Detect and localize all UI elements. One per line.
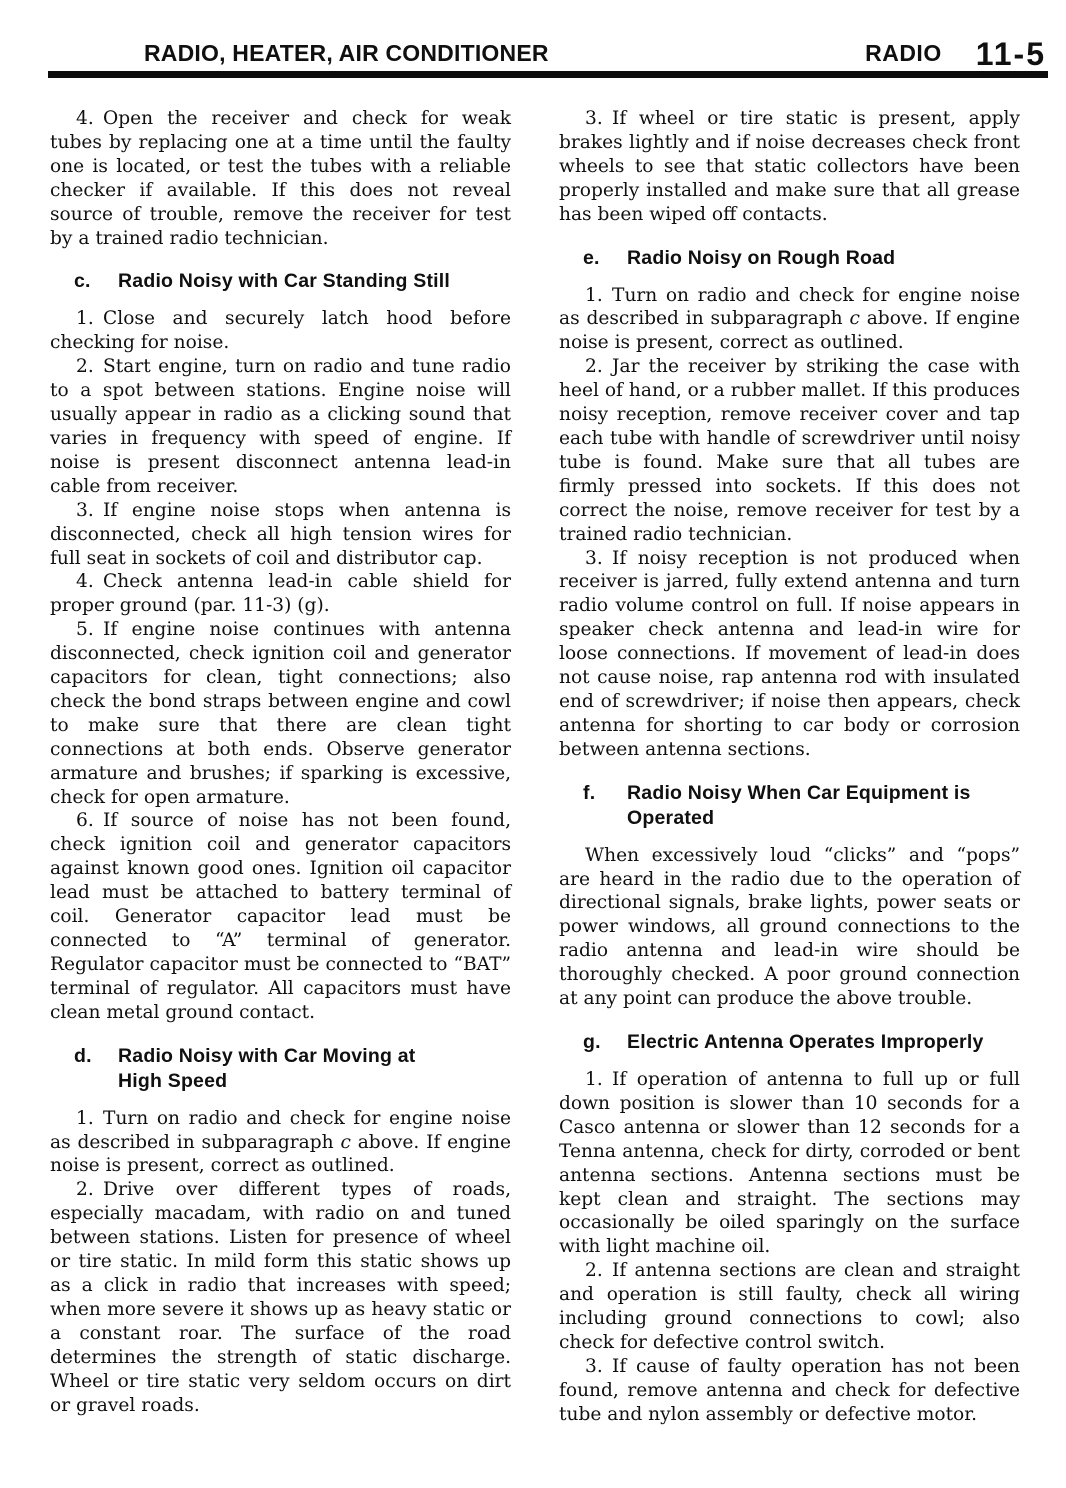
heading-g-title: Electric Antenna Operates Improperly — [627, 1030, 1020, 1055]
heading-e-title: Radio Noisy on Rough Road — [627, 246, 1020, 271]
heading-d-label: d. — [74, 1044, 118, 1094]
left-column: 4. Open the receiver and check for weak … — [50, 107, 511, 1427]
heading-d: d. Radio Noisy with Car Moving at High S… — [50, 1044, 511, 1094]
paragraph-c1: 1. Close and securely latch hood before … — [50, 307, 511, 355]
heading-f-label: f. — [583, 781, 627, 831]
heading-f-title: Radio Noisy When Car Equipment is Operat… — [627, 781, 1020, 831]
heading-c-label: c. — [74, 269, 118, 294]
heading-g: g. Electric Antenna Operates Improperly — [559, 1030, 1020, 1055]
paragraph-e3: 3. If noisy reception is not produced wh… — [559, 547, 1020, 762]
heading-e: e. Radio Noisy on Rough Road — [559, 246, 1020, 271]
paragraph-c2: 2. Start engine, turn on radio and tune … — [50, 355, 511, 498]
heading-c-title: Radio Noisy with Car Standing Still — [118, 269, 511, 294]
paragraph-f: When excessively loud “clicks” and “pops… — [559, 844, 1020, 1011]
paragraph-d1: 1. Turn on radio and check for engine no… — [50, 1107, 511, 1179]
two-column-body: 4. Open the receiver and check for weak … — [50, 107, 1020, 1427]
paragraph-d3: 3. If wheel or tire static is present, a… — [559, 107, 1020, 227]
paragraph-g1: 1. If operation of antenna to full up or… — [559, 1068, 1020, 1259]
paragraph-g3: 3. If cause of faulty operation has not … — [559, 1355, 1020, 1427]
paragraph-d2: 2. Drive over different types of roads, … — [50, 1178, 511, 1417]
paragraph-c6: 6. If source of noise has not been found… — [50, 809, 511, 1024]
heading-g-label: g. — [583, 1030, 627, 1055]
heading-c: c. Radio Noisy with Car Standing Still — [50, 269, 511, 294]
paragraph-c3: 3. If engine noise stops when antenna is… — [50, 499, 511, 571]
right-column: 3. If wheel or tire static is present, a… — [559, 107, 1020, 1427]
paragraph-c5: 5. If engine noise continues with antenn… — [50, 618, 511, 809]
section-title: RADIO — [865, 40, 942, 67]
paragraph-b4: 4. Open the receiver and check for weak … — [50, 107, 511, 250]
paragraph-e1: 1. Turn on radio and check for engine no… — [559, 284, 1020, 356]
paragraph-e2: 2. Jar the receiver by striking the case… — [559, 355, 1020, 546]
running-header: RADIO, HEATER, AIR CONDITIONER RADIO 11-… — [50, 40, 1046, 67]
paragraph-c4: 4. Check antenna lead-in cable shield fo… — [50, 570, 511, 618]
heading-e-label: e. — [583, 246, 627, 271]
header-right-group: RADIO 11-5 — [865, 40, 1046, 67]
heading-f: f. Radio Noisy When Car Equipment is Ope… — [559, 781, 1020, 831]
paragraph-g2: 2. If antenna sections are clean and str… — [559, 1259, 1020, 1355]
page-number: 11-5 — [976, 41, 1046, 67]
manual-page: RADIO, HEATER, AIR CONDITIONER RADIO 11-… — [0, 0, 1066, 1488]
chapter-title: RADIO, HEATER, AIR CONDITIONER — [144, 40, 549, 67]
header-rule — [48, 71, 1048, 78]
heading-d-title: Radio Noisy with Car Moving at High Spee… — [118, 1044, 511, 1094]
